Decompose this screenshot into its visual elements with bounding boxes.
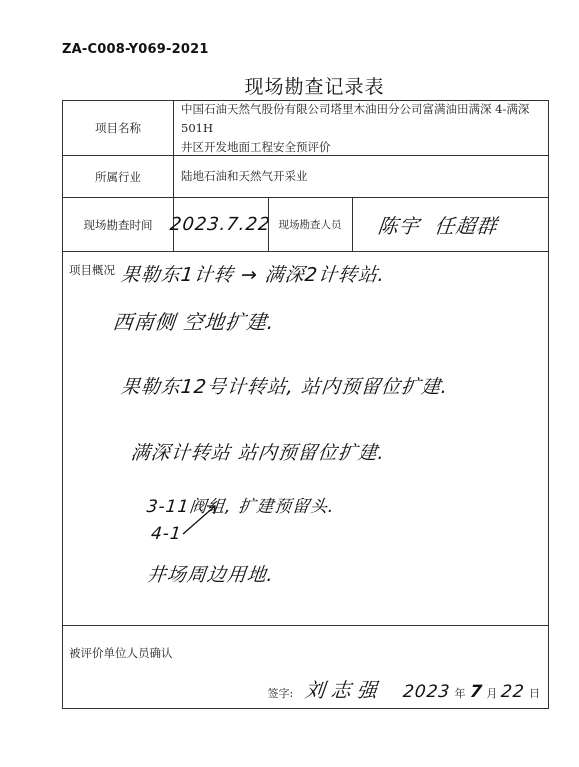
row-confirmation: 被评价单位人员确认 签字: 刘志强 2023 年 7 月 22 日 [63, 626, 548, 710]
industry-label: 所属行业 [63, 156, 173, 197]
sign-day: 22 [500, 682, 526, 702]
overview-line-3: 果勒东12号计转站, 站内预留位扩建. [120, 372, 450, 399]
overview-line-2: 西南侧 空地扩建. [111, 306, 276, 335]
survey-time-label-text: 现场勘查时间 [84, 217, 153, 233]
industry-value-text: 陆地石油和天然气开采业 [173, 167, 308, 186]
survey-personnel-label: 现场勘查人员 [268, 198, 352, 251]
sign-month: 7 [468, 682, 483, 702]
project-name-label: 项目名称 [63, 101, 173, 155]
confirmation-label: 被评价单位人员确认 [69, 645, 173, 661]
survey-personnel-signatures: 陈宇 任超群 [376, 210, 499, 239]
survey-personnel-value: 陈宇 任超群 [352, 198, 550, 251]
overview-line-1: 果勒东1计转 → 满深2计转站. [120, 260, 387, 287]
arrow-icon [181, 502, 221, 536]
overview-line-7: 井场周边用地. [146, 560, 276, 587]
signature: 刘志强 [304, 674, 385, 703]
day-unit: 日 [529, 685, 540, 701]
row-industry: 所属行业 陆地石油和天然气开采业 [63, 156, 548, 198]
document-code: ZA-C008-Y069-2021 [62, 42, 209, 57]
row-project-name: 项目名称 中国石油天然气股份有限公司塔里木油田分公司富满油田满深 4-满深 50… [63, 101, 548, 156]
row-overview: 项目概况 果勒东1计转 → 满深2计转站. 西南侧 空地扩建. 果勒东12号计转… [63, 252, 548, 626]
survey-time-label: 现场勘查时间 [63, 198, 173, 251]
survey-personnel-label-text: 现场勘查人员 [279, 217, 342, 232]
industry-value: 陆地石油和天然气开采业 [173, 156, 550, 197]
project-name-line-1: 中国石油天然气股份有限公司塔里木油田分公司富满油田满深 4-满深 501H [181, 100, 550, 138]
document-title: 现场勘查记录表 [0, 72, 579, 99]
year-unit: 年 [455, 685, 466, 701]
overview-line-4: 满深计转站 站内预留位扩建. [130, 438, 387, 465]
signature-area: 签字: 刘志强 2023 年 7 月 22 日 [268, 674, 540, 703]
survey-time-handwritten: 2023.7.22 [169, 214, 272, 235]
overview-line-5: 3-11阀组, 扩建预留头. [146, 492, 336, 517]
row-survey: 现场勘查时间 2023.7.22 现场勘查人员 陈宇 任超群 [63, 198, 548, 252]
project-name-label-text: 项目名称 [95, 120, 141, 136]
sign-year: 2023 [402, 682, 451, 702]
project-name-value: 中国石油天然气股份有限公司塔里木油田分公司富满油田满深 4-满深 501H 井区… [173, 101, 550, 155]
overview-label: 项目概况 [69, 262, 115, 278]
sign-label: 签字: [268, 685, 294, 701]
survey-record-table: 项目名称 中国石油天然气股份有限公司塔里木油田分公司富满油田满深 4-满深 50… [62, 100, 549, 709]
project-name-line-2: 井区开发地面工程安全预评价 [181, 138, 550, 157]
month-unit: 月 [486, 685, 497, 701]
overview-line-6: 4-1 [150, 524, 183, 544]
industry-label-text: 所属行业 [95, 169, 141, 185]
survey-time-value: 2023.7.22 [173, 198, 268, 251]
